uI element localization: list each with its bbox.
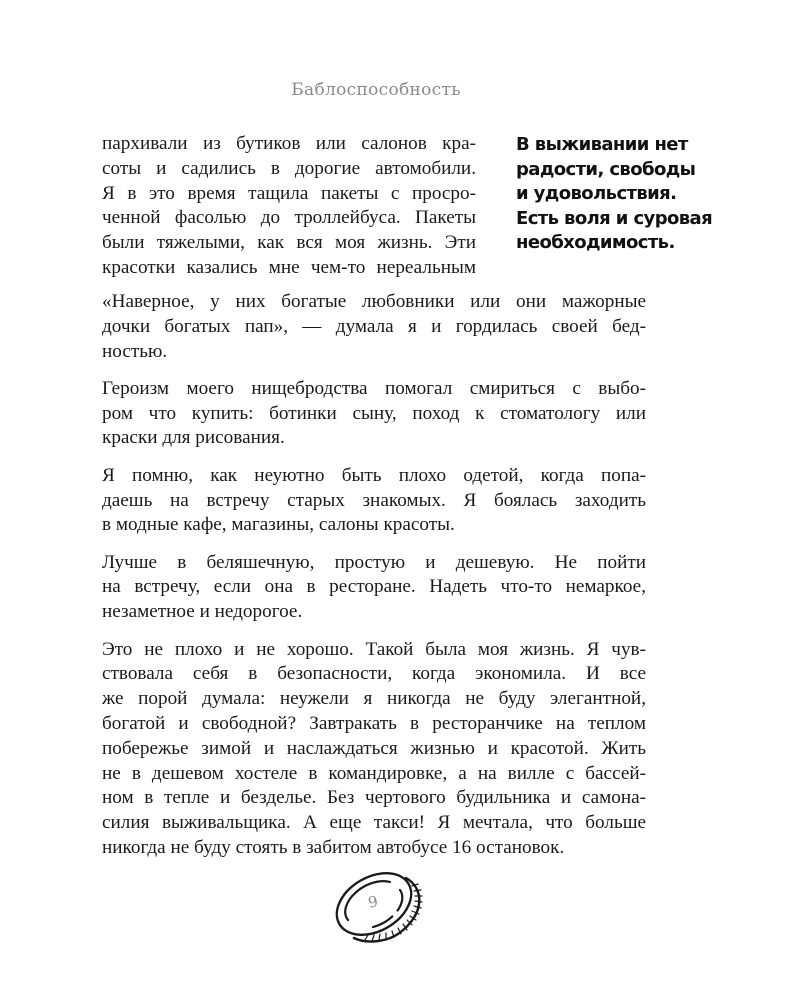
text-line: Я в это время тащила пакеты с просро- [102, 182, 476, 207]
text-line: Это не плохо и не хорошо. Такой была моя… [102, 638, 646, 663]
text-line: никогда не буду стоять в забитом автобус… [102, 836, 646, 861]
text-line: ном в тепле и безделье. Без чертового бу… [102, 786, 646, 811]
text-line: незаметное и недорогое. [102, 600, 646, 625]
text-line: «Наверное, у них богатые любовники или о… [102, 290, 646, 315]
paragraph: Я помню, как неуютно быть плохо одетой, … [102, 464, 646, 538]
pullquote-line: В выживании нет [516, 133, 756, 158]
paragraph: «Наверное, у них богатые любовники или о… [102, 290, 646, 364]
paragraph: Лучше в беляшечную, простую и дешевую. Н… [102, 551, 646, 625]
text-line: силия выживальщика. А еще такси! Я мечта… [102, 811, 646, 836]
left-column-text: пархивали из бутиков или салонов кра- со… [102, 132, 476, 281]
text-line: были тяжелыми, как вся моя жизнь. Эти [102, 231, 476, 256]
text-line: на встречу, если она в ресторане. Надеть… [102, 575, 646, 600]
text-line: в модные кафе, магазины, салоны красоты. [102, 513, 646, 538]
text-line: дочки богатых пап», — думала я и гордила… [102, 315, 646, 340]
text-line: Героизм моего нищебродства помогал смири… [102, 377, 646, 402]
text-line: пархивали из бутиков или салонов кра- [102, 132, 476, 157]
running-head: Баблоспособность [0, 80, 752, 100]
text-line: красотки казались мне чем-то нереальным [102, 256, 476, 281]
paragraph: Героизм моего нищебродства помогал смири… [102, 377, 646, 451]
text-line: богатой и свободной? Завтракать в рестор… [102, 712, 646, 737]
text-line: не в дешевом хостеле в командировке, а н… [102, 762, 646, 787]
paragraph: Это не плохо и не хорошо. Такой была моя… [102, 638, 646, 861]
text-line: даешь на встречу старых знакомых. Я боял… [102, 489, 646, 514]
text-line: ченной фасолью до троллейбуса. Пакеты [102, 206, 476, 231]
text-line: ствовала себя в безопасности, когда экон… [102, 662, 646, 687]
pullquote: В выживании нет радости, свободы и удово… [516, 133, 756, 256]
text-line: же порой думала: неужели я никогда не бу… [102, 687, 646, 712]
text-line: Я помню, как неуютно быть плохо одетой, … [102, 464, 646, 489]
pullquote-line: необходимость. [516, 231, 756, 256]
text-line: побережье зимой и наслаждаться жизнью и … [102, 737, 646, 762]
text-line: ностью. [102, 340, 646, 365]
pullquote-line: радости, свободы [516, 158, 756, 183]
text-line: краски для рисования. [102, 426, 646, 451]
text-line: соты и садились в дорогие автомобили. [102, 157, 476, 182]
text-line: Лучше в беляшечную, простую и дешевую. Н… [102, 551, 646, 576]
text-line: ром что купить: ботинки сыну, поход к ст… [102, 402, 646, 427]
pullquote-line: Есть воля и суровая [516, 207, 756, 232]
main-text: «Наверное, у них богатые любовники или о… [102, 290, 646, 873]
pullquote-line: и удовольствия. [516, 182, 756, 207]
